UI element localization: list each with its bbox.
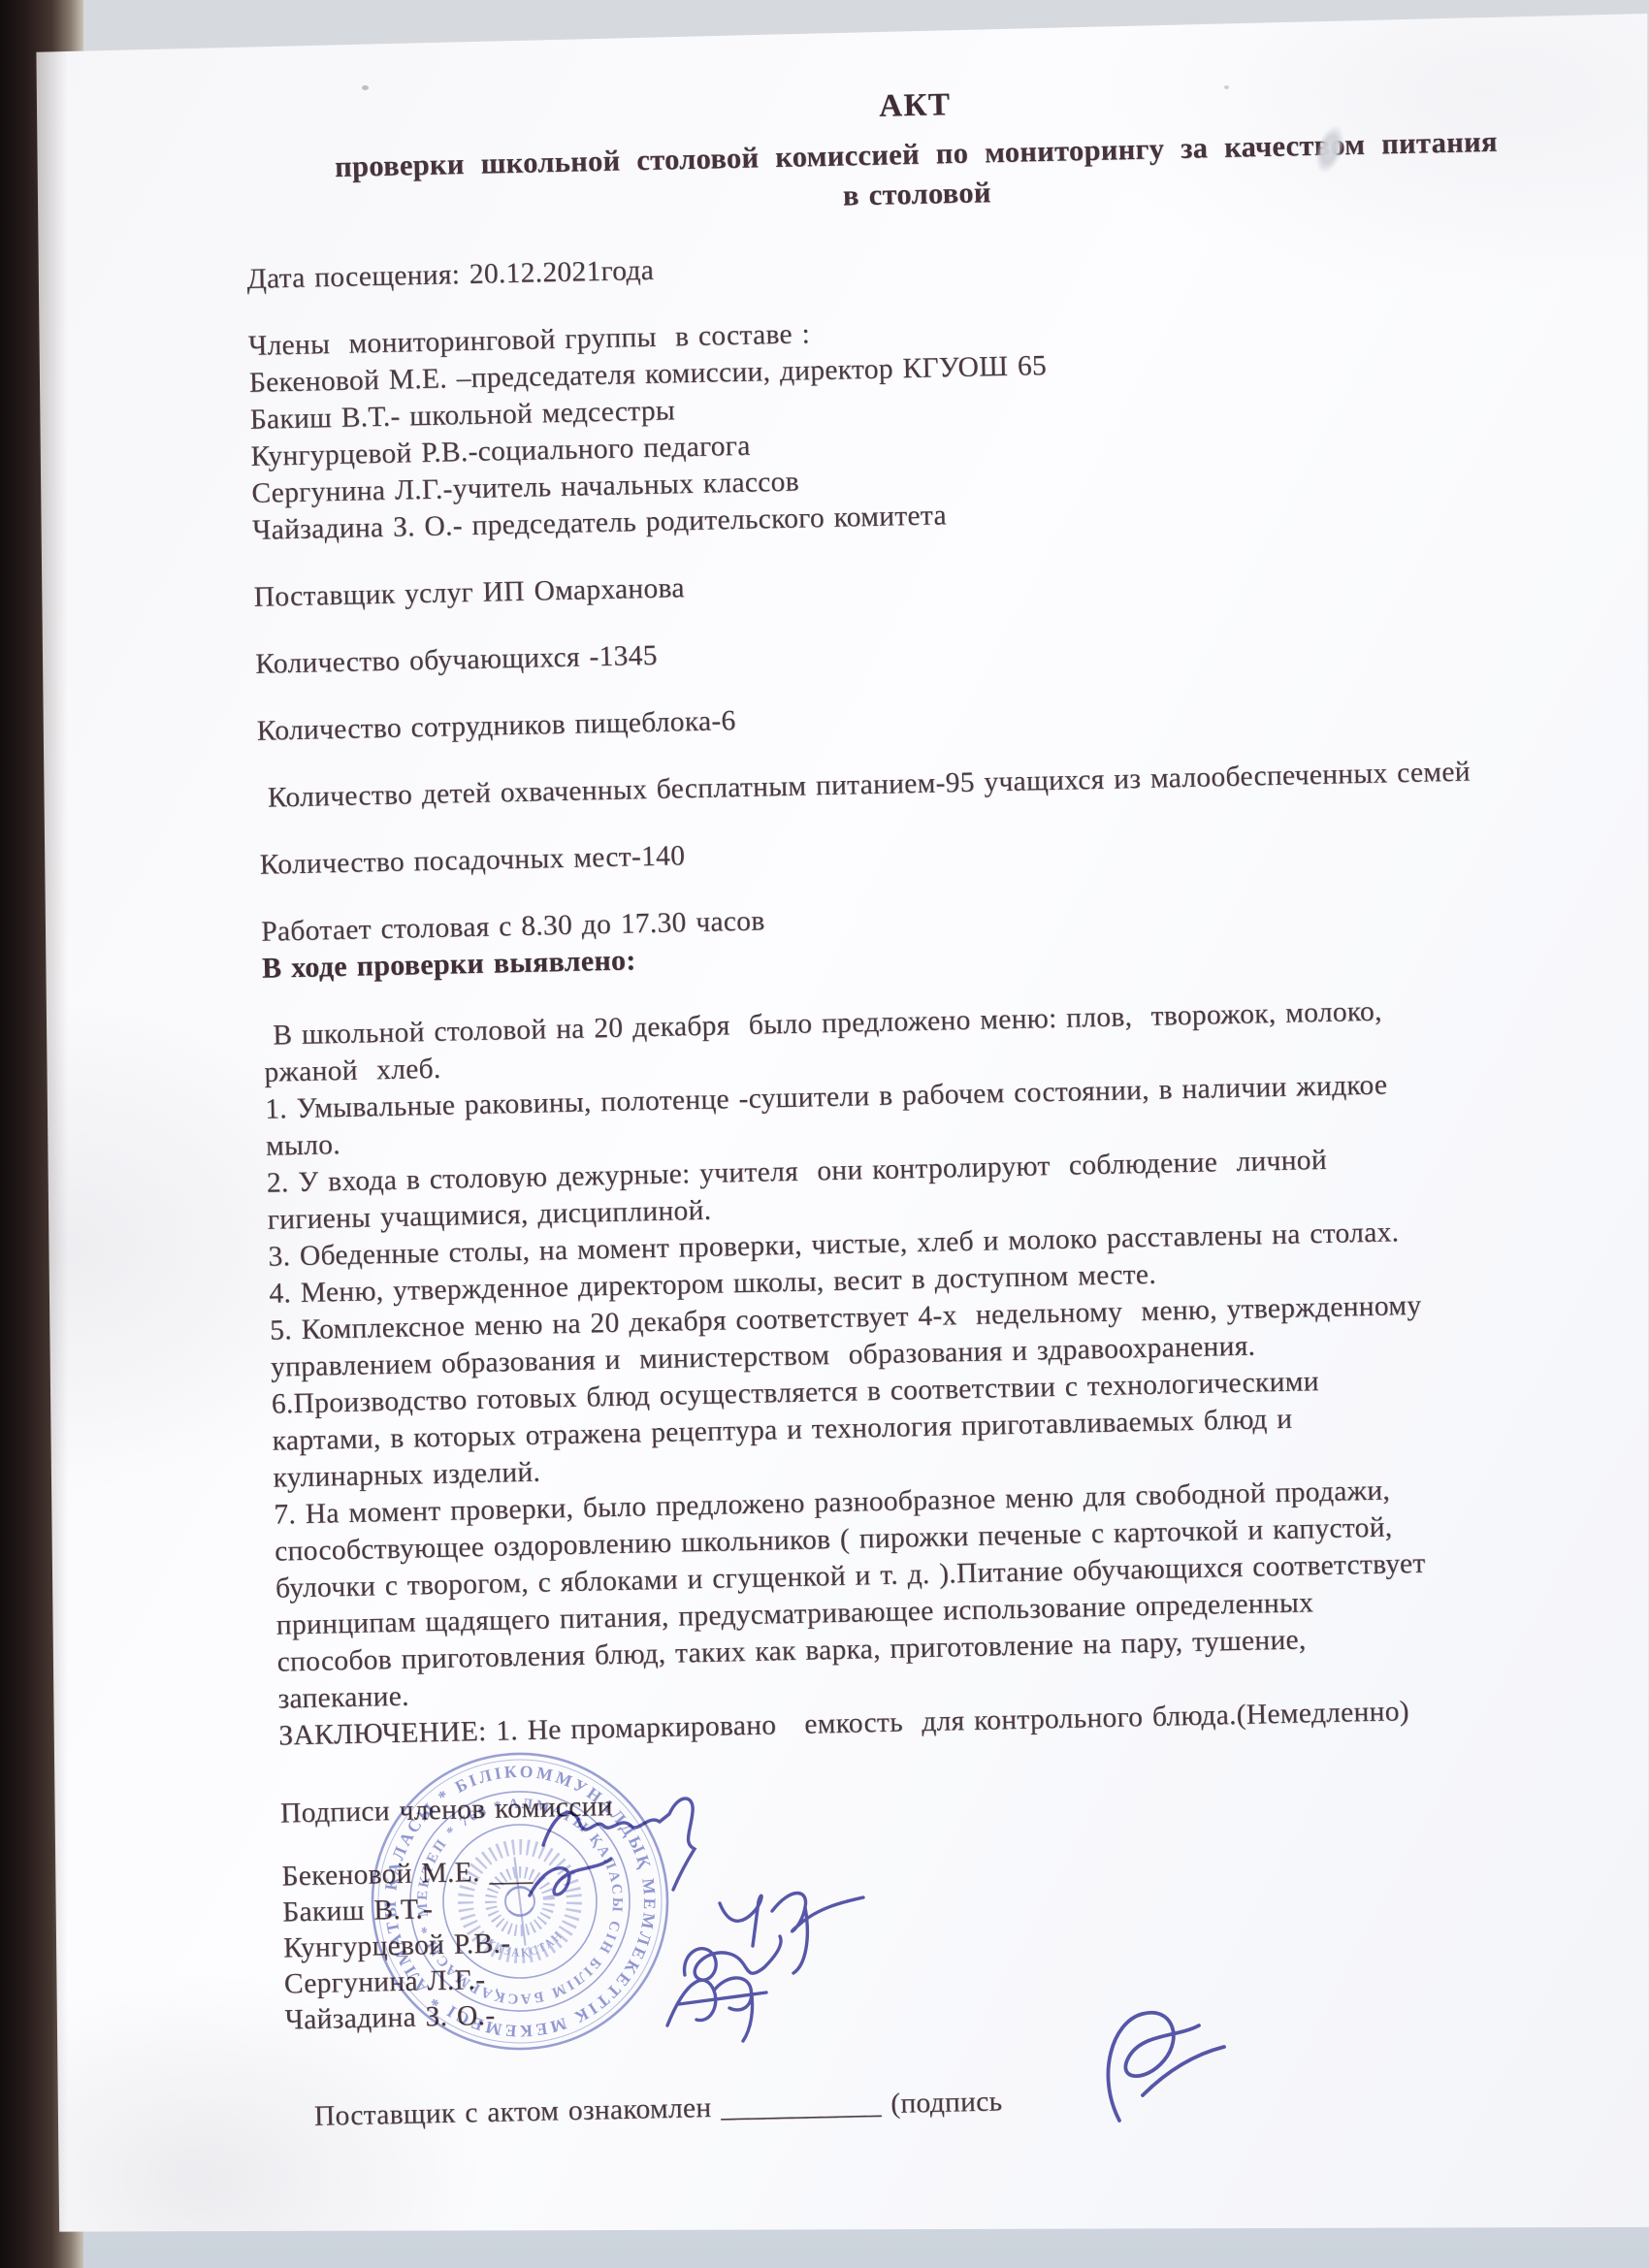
scanned-act-page: { "document": { "title": "АКТ", "subtitl… [0, 0, 1649, 2268]
scan-speck [362, 85, 369, 90]
signature-bakish [530, 1859, 611, 1895]
handwritten-signatures [0, 0, 1649, 2268]
signature-supplier [1108, 2013, 1224, 2121]
paper: АКТ проверки школьной столовой комиссией… [0, 0, 1649, 2268]
signature-sergunina [685, 1936, 781, 1980]
signature-chaizadina [667, 1978, 766, 2041]
scan-speck [1224, 85, 1229, 89]
